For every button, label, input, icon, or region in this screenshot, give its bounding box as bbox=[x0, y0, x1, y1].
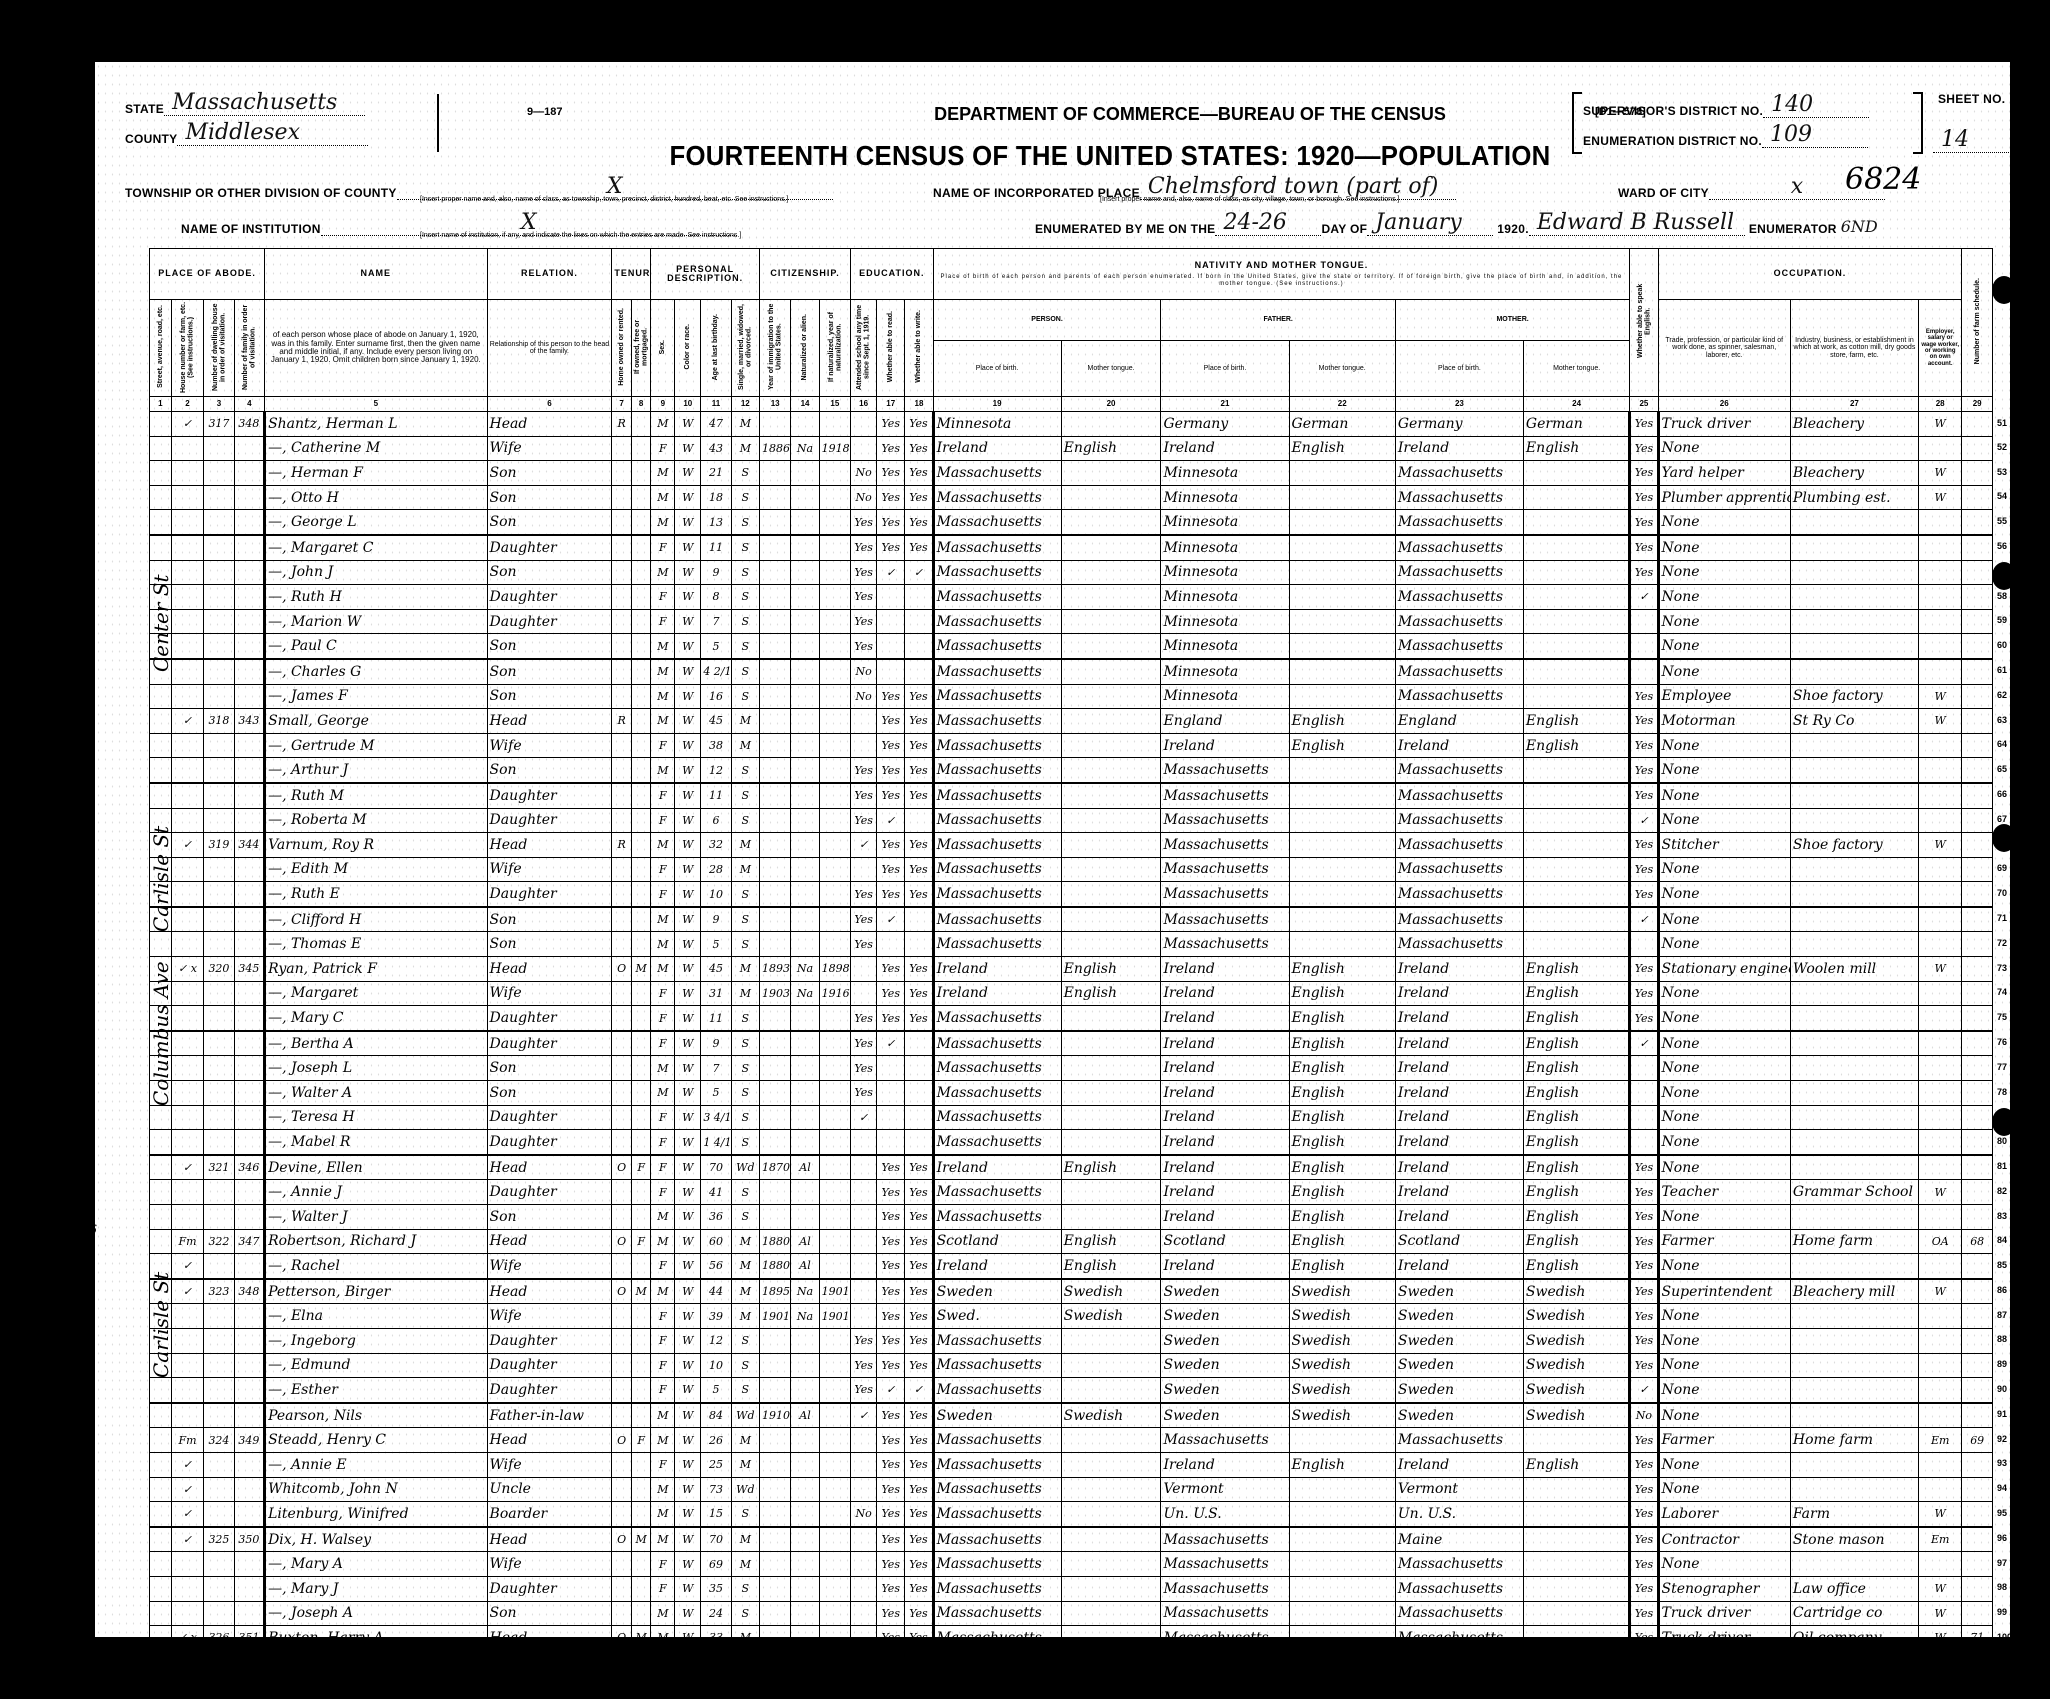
column-number: 26 bbox=[1658, 397, 1790, 412]
mother-tongue-cell bbox=[1061, 1105, 1161, 1130]
farm-schedule-cell bbox=[1962, 1502, 1993, 1527]
age-cell: 69 bbox=[701, 1552, 731, 1577]
mortgage-cell bbox=[631, 1056, 651, 1081]
mother-tongue-cell bbox=[1061, 1081, 1161, 1106]
farm-schedule-cell bbox=[1962, 436, 1993, 461]
house-number-cell bbox=[171, 1006, 204, 1031]
right-line-number: 67 bbox=[1997, 814, 2007, 824]
relation-cell: Wife bbox=[487, 1254, 612, 1279]
home-owned-cell bbox=[612, 932, 632, 957]
sex-cell: F bbox=[651, 733, 675, 758]
immigration-year-cell bbox=[759, 684, 790, 709]
sex-cell: M bbox=[651, 1403, 675, 1428]
mother-birthplace-cell: Ireland bbox=[1395, 1180, 1523, 1205]
father-birthplace-cell: Sweden bbox=[1161, 1378, 1289, 1403]
home-owned-cell bbox=[612, 1552, 632, 1577]
write-cell: Yes bbox=[905, 684, 933, 709]
read-cell: Yes bbox=[877, 1254, 905, 1279]
right-line-number: 69 bbox=[1997, 863, 2007, 873]
farm-schedule-cell bbox=[1962, 461, 1993, 486]
dwelling-number-cell bbox=[204, 907, 234, 932]
farm-schedule-cell bbox=[1962, 1254, 1993, 1279]
industry-cell: Woolen mill bbox=[1790, 957, 1918, 982]
employer-class-cell: W bbox=[1918, 1626, 1961, 1651]
birthplace-cell: Massachusetts bbox=[933, 560, 1061, 585]
read-cell: Yes bbox=[877, 1601, 905, 1626]
right-line-number: 84 bbox=[1997, 1235, 2007, 1245]
relation-cell: Wife bbox=[487, 1304, 612, 1329]
home-owned-cell: O bbox=[612, 1527, 632, 1552]
mother-birthplace-cell: Ireland bbox=[1395, 1006, 1523, 1031]
house-number-cell bbox=[171, 485, 204, 510]
marital-status-cell: S bbox=[731, 1601, 759, 1626]
write-cell: Yes bbox=[905, 857, 933, 882]
family-number-cell: 349 bbox=[234, 1428, 264, 1453]
enumerated-year: 1920. bbox=[1497, 222, 1529, 236]
marital-status-cell: S bbox=[731, 882, 759, 907]
mother-tongue-cell bbox=[1061, 684, 1161, 709]
industry-cell bbox=[1790, 1452, 1918, 1477]
marital-status-cell: S bbox=[731, 907, 759, 932]
mother-birthplace-cell: Massachusetts bbox=[1395, 560, 1523, 585]
naturalization-year-cell bbox=[819, 1205, 850, 1230]
read-cell: ✓ bbox=[877, 1031, 905, 1056]
mother-birthplace-cell: Maine bbox=[1395, 1527, 1523, 1552]
dwelling-number-cell bbox=[204, 857, 234, 882]
dwelling-number-cell: 322 bbox=[204, 1229, 234, 1254]
table-row: 70—, Ruth EDaughterFW10SYesYesYesMassach… bbox=[150, 882, 1993, 907]
write-cell bbox=[905, 1130, 933, 1155]
father-tongue-cell bbox=[1289, 1477, 1395, 1502]
sex-cell: F bbox=[651, 1452, 675, 1477]
col-17-header: Whether able to read. bbox=[877, 300, 905, 397]
mother-tongue-cell bbox=[1061, 1626, 1161, 1651]
father-birthplace-cell: Ireland bbox=[1161, 733, 1289, 758]
write-cell: Yes bbox=[905, 412, 933, 437]
naturalization-year-cell: 1901 bbox=[819, 1304, 850, 1329]
trade-cell: None bbox=[1658, 1403, 1790, 1428]
column-number: 22 bbox=[1289, 397, 1395, 412]
naturalized-cell: Al bbox=[791, 1254, 819, 1279]
house-number-cell bbox=[171, 1081, 204, 1106]
birthplace-cell: Massachusetts bbox=[933, 1205, 1061, 1230]
dwelling-number-cell bbox=[204, 560, 234, 585]
person-name-cell: Buxton, Harry A bbox=[265, 1626, 487, 1651]
house-number-cell bbox=[171, 609, 204, 634]
farm-schedule-cell: 71 bbox=[1962, 1626, 1993, 1651]
trade-cell: None bbox=[1658, 981, 1790, 1006]
supervisor-label: Supervisor's District No. bbox=[1583, 104, 1763, 118]
person-name-cell: —, Mary J bbox=[265, 1576, 487, 1601]
birthplace-cell: Massachusetts bbox=[933, 609, 1061, 634]
group-mother: MOTHER. bbox=[1395, 300, 1629, 341]
mother-mother-tongue-cell: English bbox=[1523, 1452, 1629, 1477]
father-birthplace-cell: Minnesota bbox=[1161, 485, 1289, 510]
relation-cell: Daughter bbox=[487, 535, 612, 560]
marital-status-cell: Wd bbox=[731, 1155, 759, 1180]
naturalized-cell: Al bbox=[791, 1155, 819, 1180]
age-cell: 9 bbox=[701, 907, 731, 932]
industry-cell bbox=[1790, 1328, 1918, 1353]
county-label: County bbox=[125, 132, 177, 146]
father-birthplace-cell: Sweden bbox=[1161, 1403, 1289, 1428]
enumerated-field: Enumerated by me on the 24-26 day of Jan… bbox=[1035, 210, 1878, 236]
farm-schedule-cell bbox=[1962, 1279, 1993, 1304]
mother-tongue-cell: Swedish bbox=[1061, 1279, 1161, 1304]
farm-schedule-cell bbox=[1962, 1552, 1993, 1577]
house-number-cell bbox=[171, 1031, 204, 1056]
mother-tongue-cell bbox=[1061, 1378, 1161, 1403]
right-line-number: 63 bbox=[1997, 715, 2007, 725]
naturalized-cell bbox=[791, 1328, 819, 1353]
farm-schedule-cell bbox=[1962, 758, 1993, 783]
mother-tongue-cell: English bbox=[1061, 1155, 1161, 1180]
house-number-cell bbox=[171, 783, 204, 808]
trade-cell: None bbox=[1658, 783, 1790, 808]
birthplace-cell: Swed. bbox=[933, 1304, 1061, 1329]
speaks-english-cell: Yes bbox=[1630, 1180, 1658, 1205]
read-cell: ✓ bbox=[877, 1378, 905, 1403]
speaks-english-cell: Yes bbox=[1630, 1527, 1658, 1552]
relation-cell: Daughter bbox=[487, 808, 612, 833]
industry-cell bbox=[1790, 1155, 1918, 1180]
school-cell bbox=[851, 1304, 877, 1329]
trade-cell: None bbox=[1658, 1056, 1790, 1081]
naturalized-cell bbox=[791, 634, 819, 659]
sex-cell: M bbox=[651, 907, 675, 932]
right-line-number: 70 bbox=[1997, 888, 2007, 898]
age-cell: 6 bbox=[701, 808, 731, 833]
birthplace-cell: Massachusetts bbox=[933, 1477, 1061, 1502]
farm-schedule-cell bbox=[1962, 684, 1993, 709]
group-nativity: NATIVITY AND MOTHER TONGUE. Place of bir… bbox=[933, 249, 1630, 300]
father-tongue-cell: English bbox=[1289, 1105, 1395, 1130]
trade-cell: None bbox=[1658, 882, 1790, 907]
age-cell: 5 bbox=[701, 1081, 731, 1106]
school-cell: Yes bbox=[851, 1031, 877, 1056]
immigration-year-cell bbox=[759, 882, 790, 907]
write-cell bbox=[905, 634, 933, 659]
family-number-cell bbox=[234, 1552, 264, 1577]
marital-status-cell: M bbox=[731, 1254, 759, 1279]
mortgage-cell bbox=[631, 485, 651, 510]
age-cell: 73 bbox=[701, 1477, 731, 1502]
naturalization-year-cell bbox=[819, 1601, 850, 1626]
mother-mother-tongue-cell bbox=[1523, 1626, 1629, 1651]
column-number-row: 1234567891011121314151617181920212223242… bbox=[150, 397, 1993, 412]
school-cell bbox=[851, 709, 877, 734]
mortgage-cell bbox=[631, 1081, 651, 1106]
sex-cell: M bbox=[651, 1056, 675, 1081]
age-cell: 47 bbox=[701, 412, 731, 437]
speaks-english-cell: ✓ bbox=[1630, 585, 1658, 610]
right-line-number: 73 bbox=[1997, 963, 2007, 973]
right-line-number: 90 bbox=[1997, 1384, 2007, 1394]
naturalization-year-cell bbox=[819, 412, 850, 437]
mortgage-cell: M bbox=[631, 1626, 651, 1651]
dwelling-number-cell bbox=[204, 758, 234, 783]
sex-cell: F bbox=[651, 1006, 675, 1031]
father-tongue-cell: English bbox=[1289, 1254, 1395, 1279]
speaks-english-cell: ✓ bbox=[1630, 1031, 1658, 1056]
dwelling-number-cell bbox=[204, 585, 234, 610]
trade-cell: None bbox=[1658, 758, 1790, 783]
enumerator-label: Enumerator bbox=[1749, 222, 1837, 236]
birthplace-cell: Scotland bbox=[933, 1229, 1061, 1254]
father-birthplace-cell: Massachusetts bbox=[1161, 758, 1289, 783]
person-name-cell: —, Marion W bbox=[265, 609, 487, 634]
naturalized-cell bbox=[791, 1452, 819, 1477]
marital-status-cell: Wd bbox=[731, 1477, 759, 1502]
right-line-number: 66 bbox=[1997, 789, 2007, 799]
farm-schedule-cell bbox=[1962, 585, 1993, 610]
father-birthplace-cell: Ireland bbox=[1161, 1452, 1289, 1477]
table-row: 83—, Walter JSonMW36SYesYesMassachusetts… bbox=[150, 1205, 1993, 1230]
home-owned-cell: R bbox=[612, 709, 632, 734]
race-cell: W bbox=[675, 1304, 701, 1329]
read-cell: Yes bbox=[877, 1502, 905, 1527]
home-owned-cell bbox=[612, 535, 632, 560]
dwelling-number-cell bbox=[204, 981, 234, 1006]
employer-class-cell bbox=[1918, 535, 1961, 560]
employer-class-cell bbox=[1918, 1056, 1961, 1081]
mortgage-cell: M bbox=[631, 1527, 651, 1552]
read-cell: Yes bbox=[877, 684, 905, 709]
read-cell bbox=[877, 585, 905, 610]
father-tongue-cell: English bbox=[1289, 957, 1395, 982]
right-line-number: 65 bbox=[1997, 764, 2007, 774]
col-15-header: If naturalized, year of naturalization. bbox=[819, 300, 850, 397]
race-cell: W bbox=[675, 1378, 701, 1403]
relation-cell: Daughter bbox=[487, 1328, 612, 1353]
trade-cell: None bbox=[1658, 1081, 1790, 1106]
sex-cell: M bbox=[651, 833, 675, 858]
school-cell: No bbox=[851, 461, 877, 486]
industry-cell bbox=[1790, 609, 1918, 634]
school-cell bbox=[851, 1254, 877, 1279]
dwelling-number-cell bbox=[204, 609, 234, 634]
mother-birthplace-cell: Massachusetts bbox=[1395, 485, 1523, 510]
sex-cell: F bbox=[651, 609, 675, 634]
group-personal: PERSONAL DESCRIPTION. bbox=[651, 249, 760, 300]
father-birthplace-cell: Massachusetts bbox=[1161, 1527, 1289, 1552]
race-cell: W bbox=[675, 808, 701, 833]
mother-mother-tongue-cell: English bbox=[1523, 1205, 1629, 1230]
father-birthplace-cell: Sweden bbox=[1161, 1279, 1289, 1304]
race-cell: W bbox=[675, 1130, 701, 1155]
naturalization-year-cell bbox=[819, 1056, 850, 1081]
dwelling-number-cell bbox=[204, 1452, 234, 1477]
race-cell: W bbox=[675, 461, 701, 486]
school-cell bbox=[851, 1452, 877, 1477]
trade-cell: Plumber apprentice bbox=[1658, 485, 1790, 510]
naturalization-year-cell bbox=[819, 485, 850, 510]
read-cell: Yes bbox=[877, 1006, 905, 1031]
table-row: 54—, Otto HSonMW18SNoYesYesMassachusetts… bbox=[150, 485, 1993, 510]
mother-birthplace-cell: Germany bbox=[1395, 412, 1523, 437]
age-cell: 3 4/12 bbox=[701, 1105, 731, 1130]
speaks-english-cell: ✓ bbox=[1630, 808, 1658, 833]
age-cell: 4 2/12 bbox=[701, 659, 731, 684]
immigration-year-cell: 1870 bbox=[759, 1155, 790, 1180]
right-line-number: 61 bbox=[1997, 665, 2007, 675]
immigration-year-cell: 1880 bbox=[759, 1254, 790, 1279]
father-tongue-cell bbox=[1289, 634, 1395, 659]
home-owned-cell bbox=[612, 1006, 632, 1031]
birthplace-cell: Massachusetts bbox=[933, 783, 1061, 808]
industry-cell bbox=[1790, 1105, 1918, 1130]
house-number-cell bbox=[171, 535, 204, 560]
industry-cell bbox=[1790, 733, 1918, 758]
write-cell: ✓ bbox=[905, 560, 933, 585]
immigration-year-cell bbox=[759, 1081, 790, 1106]
trade-cell: Stationary engineer bbox=[1658, 957, 1790, 982]
home-owned-cell bbox=[612, 1576, 632, 1601]
sheet-label: Sheet No. bbox=[1938, 92, 2005, 106]
marital-status-cell: S bbox=[731, 659, 759, 684]
margin-note: 5/6 bbox=[2019, 678, 2050, 702]
table-row: 78—, Walter ASonMW5SYesMassachusettsIrel… bbox=[150, 1081, 1993, 1106]
school-cell: Yes bbox=[851, 634, 877, 659]
marital-status-cell: S bbox=[731, 1180, 759, 1205]
speaks-english-cell bbox=[1630, 1105, 1658, 1130]
farm-schedule-cell: 68 bbox=[1962, 1229, 1993, 1254]
naturalized-cell bbox=[791, 1428, 819, 1453]
dwelling-number-cell bbox=[204, 1378, 234, 1403]
birthplace-cell: Massachusetts bbox=[933, 634, 1061, 659]
group-place-of-abode: PLACE OF ABODE. bbox=[150, 249, 265, 300]
read-cell: Yes bbox=[877, 981, 905, 1006]
industry-cell bbox=[1790, 510, 1918, 535]
col-3-header: Number of dwelling house in order of vis… bbox=[204, 300, 234, 397]
col-27-header: Industry, business, or establishment in … bbox=[1790, 300, 1918, 397]
dwelling-number-cell bbox=[204, 932, 234, 957]
school-cell: Yes bbox=[851, 535, 877, 560]
mother-tongue-cell bbox=[1061, 412, 1161, 437]
mother-mother-tongue-cell bbox=[1523, 485, 1629, 510]
group-father: FATHER. bbox=[1161, 300, 1395, 341]
table-row: 65—, Arthur JSonMW12SYesYesYesMassachuse… bbox=[150, 758, 1993, 783]
relation-cell: Daughter bbox=[487, 585, 612, 610]
father-tongue-cell: Swedish bbox=[1289, 1378, 1395, 1403]
table-row: 97—, Mary AWifeFW69MYesYesMassachusettsM… bbox=[150, 1552, 1993, 1577]
farm-schedule-cell bbox=[1962, 1576, 1993, 1601]
age-cell: 5 bbox=[701, 1378, 731, 1403]
person-name-cell: Ryan, Patrick F bbox=[265, 957, 487, 982]
right-line-number: 93 bbox=[1997, 1458, 2007, 1468]
relation-cell: Head bbox=[487, 957, 612, 982]
person-name-cell: —, Ruth E bbox=[265, 882, 487, 907]
industry-cell: Cartridge co bbox=[1790, 1601, 1918, 1626]
speaks-english-cell: Yes bbox=[1630, 1601, 1658, 1626]
father-birthplace-cell: Minnesota bbox=[1161, 659, 1289, 684]
mother-tongue-cell: English bbox=[1061, 957, 1161, 982]
speaks-english-cell: Yes bbox=[1630, 957, 1658, 982]
employer-class-cell bbox=[1918, 1105, 1961, 1130]
age-cell: 16 bbox=[701, 684, 731, 709]
father-birthplace-cell: Ireland bbox=[1161, 1006, 1289, 1031]
trade-cell: None bbox=[1658, 932, 1790, 957]
supervisor-district-field: Supervisor's District No. 140 bbox=[1583, 92, 1869, 118]
family-number-cell bbox=[234, 1081, 264, 1106]
race-cell: W bbox=[675, 1626, 701, 1651]
mother-birthplace-cell: Massachusetts bbox=[1395, 510, 1523, 535]
nativity-title: NATIVITY AND MOTHER TONGUE. bbox=[936, 261, 1628, 270]
write-cell: Yes bbox=[905, 1254, 933, 1279]
sex-cell: M bbox=[651, 932, 675, 957]
naturalization-year-cell bbox=[819, 1353, 850, 1378]
family-number-cell bbox=[234, 1056, 264, 1081]
birthplace-cell: Sweden bbox=[933, 1279, 1061, 1304]
trade-cell: Farmer bbox=[1658, 1229, 1790, 1254]
read-cell: Yes bbox=[877, 1428, 905, 1453]
school-cell: ✓ bbox=[851, 1403, 877, 1428]
mother-tongue-cell bbox=[1061, 1353, 1161, 1378]
naturalized-cell bbox=[791, 1552, 819, 1577]
table-row: 53—, Herman FSonMW21SNoYesYesMassachuset… bbox=[150, 461, 1993, 486]
race-cell: W bbox=[675, 436, 701, 461]
mother-birthplace-cell: Massachusetts bbox=[1395, 585, 1523, 610]
trade-cell: None bbox=[1658, 1130, 1790, 1155]
father-birthplace-cell: Scotland bbox=[1161, 1229, 1289, 1254]
dwelling-number-cell bbox=[204, 684, 234, 709]
age-cell: 45 bbox=[701, 957, 731, 982]
mother-birthplace-cell: Ireland bbox=[1395, 1205, 1523, 1230]
naturalized-cell bbox=[791, 733, 819, 758]
margin-note: 61 bbox=[2019, 406, 2044, 430]
write-cell: Yes bbox=[905, 981, 933, 1006]
naturalized-cell: Na bbox=[791, 1304, 819, 1329]
employer-class-cell bbox=[1918, 510, 1961, 535]
birthplace-cell: Massachusetts bbox=[933, 1452, 1061, 1477]
mother-birthplace-cell: Ireland bbox=[1395, 981, 1523, 1006]
family-number-cell bbox=[234, 932, 264, 957]
home-owned-cell bbox=[612, 857, 632, 882]
race-cell: W bbox=[675, 535, 701, 560]
birthplace-cell: Massachusetts bbox=[933, 510, 1061, 535]
home-owned-cell bbox=[612, 981, 632, 1006]
industry-cell: Farm bbox=[1790, 1502, 1918, 1527]
write-cell bbox=[905, 808, 933, 833]
sex-cell: F bbox=[651, 1130, 675, 1155]
write-cell: ✓ bbox=[905, 1378, 933, 1403]
dwelling-number-cell bbox=[204, 1328, 234, 1353]
speaks-english-cell: Yes bbox=[1630, 535, 1658, 560]
person-name-cell: —, Teresa H bbox=[265, 1105, 487, 1130]
employer-class-cell bbox=[1918, 1081, 1961, 1106]
race-cell: W bbox=[675, 709, 701, 734]
mother-tongue-cell bbox=[1061, 833, 1161, 858]
immigration-year-cell bbox=[759, 1477, 790, 1502]
father-tongue-cell bbox=[1289, 833, 1395, 858]
school-cell: Yes bbox=[851, 560, 877, 585]
speaks-english-cell: ✓ bbox=[1630, 907, 1658, 932]
table-row: 55—, George LSonMW13SYesYesYesMassachuse… bbox=[150, 510, 1993, 535]
family-number-cell bbox=[234, 1353, 264, 1378]
mother-birthplace-cell: Massachusetts bbox=[1395, 535, 1523, 560]
person-name-cell: —, Ruth H bbox=[265, 585, 487, 610]
mortgage-cell bbox=[631, 733, 651, 758]
father-birthplace-cell: Ireland bbox=[1161, 957, 1289, 982]
trade-cell: None bbox=[1658, 1328, 1790, 1353]
industry-cell bbox=[1790, 535, 1918, 560]
father-birthplace-cell: Minnesota bbox=[1161, 684, 1289, 709]
district-bracket-right bbox=[1913, 92, 1923, 154]
mother-mother-tongue-cell: English bbox=[1523, 1180, 1629, 1205]
father-birthplace-cell: Ireland bbox=[1161, 1205, 1289, 1230]
industry-cell: Bleachery bbox=[1790, 461, 1918, 486]
mother-mother-tongue-cell bbox=[1523, 808, 1629, 833]
